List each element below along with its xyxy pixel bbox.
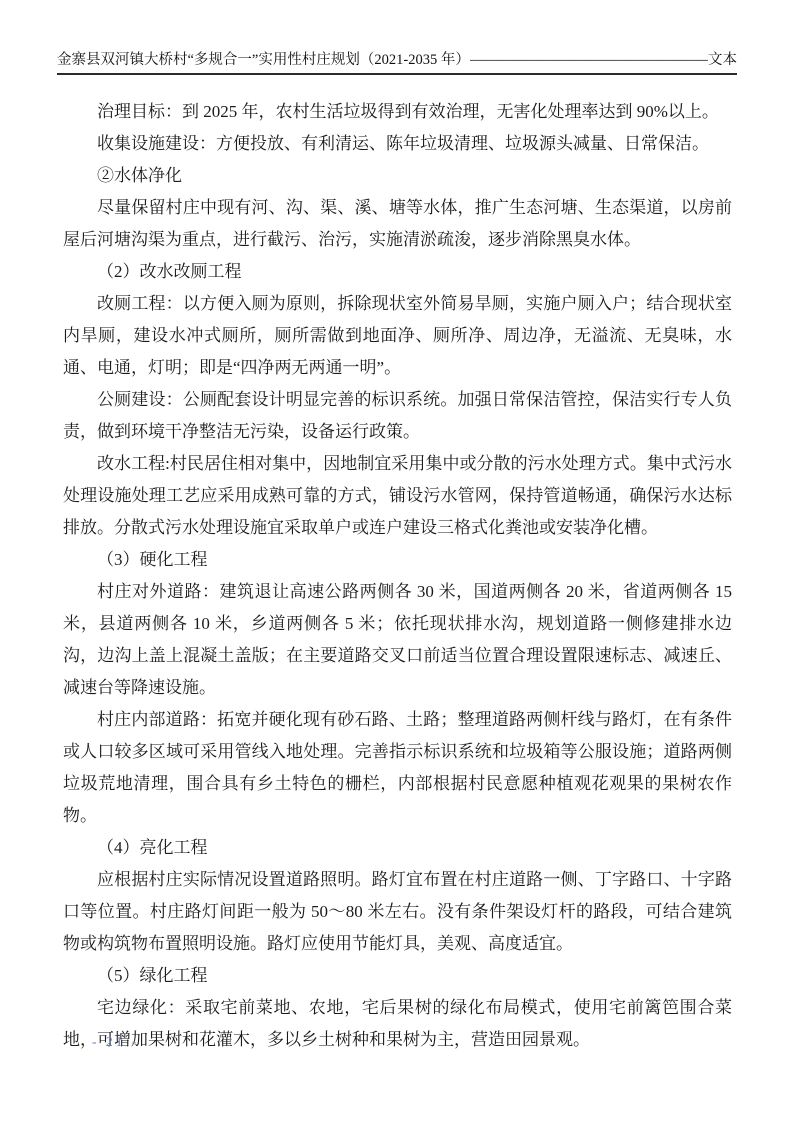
paragraph: 宅边绿化：采取宅前菜地、农地，宅后果树的绿化布局模式，使用宅前篱笆围合菜地，可增… <box>63 992 732 1056</box>
paragraph: 尽量保留村庄中现有河、沟、渠、溪、塘等水体，推广生态河塘、生态渠道，以房前屋后河… <box>63 192 732 256</box>
page-header: 金寨县双河镇大桥村“多规合一”实用性村庄规划（2021-2035 年） ————… <box>57 51 737 75</box>
header-title: 金寨县双河镇大桥村“多规合一”实用性村庄规划（2021-2035 年） <box>57 51 470 70</box>
paragraph: ②水体净化 <box>63 160 732 192</box>
paragraph: 改水工程:村民居住相对集中，因地制宜采用集中或分散的污水处理方式。集中式污水处理… <box>63 448 732 544</box>
paragraph: 村庄对外道路：建筑退让高速公路两侧各 30 米，国道两侧各 20 米，省道两侧各… <box>63 576 732 704</box>
page-number: - 21 - <box>92 1034 139 1050</box>
paragraph: 改厕工程：以方便入厕为原则，拆除现状室外简易旱厕，实施户厕入户；结合现状室内旱厕… <box>63 288 732 384</box>
paragraph: （2）改水改厕工程 <box>63 256 732 288</box>
header-dash-filler: —————————————————————————— <box>470 51 708 70</box>
paragraph: 公厕建设：公厕配套设计明显完善的标识系统。加强日常保洁管控，保洁实行专人负责，做… <box>63 384 732 448</box>
paragraph: （4）亮化工程 <box>63 832 732 864</box>
document-body: 治理目标：到 2025 年，农村生活垃圾得到有效治理，无害化处理率达到 90%以… <box>63 96 732 1056</box>
header-doc-type-label: 文本 <box>708 51 737 70</box>
paragraph: （5）绿化工程 <box>63 960 732 992</box>
paragraph: 应根据村庄实际情况设置道路照明。路灯宜布置在村庄道路一侧、丁字路口、十字路口等位… <box>63 864 732 960</box>
paragraph: 村庄内部道路：拓宽并硬化现有砂石路、土路；整理道路两侧杆线与路灯，在有条件或人口… <box>63 704 732 832</box>
paragraph: 收集设施建设：方便投放、有利清运、陈年垃圾清理、垃圾源头减量、日常保洁。 <box>63 128 732 160</box>
document-page: 金寨县双河镇大桥村“多规合一”实用性村庄规划（2021-2035 年） ————… <box>0 0 793 1122</box>
paragraph: 治理目标：到 2025 年，农村生活垃圾得到有效治理，无害化处理率达到 90%以… <box>63 96 732 128</box>
paragraph: （3）硬化工程 <box>63 544 732 576</box>
